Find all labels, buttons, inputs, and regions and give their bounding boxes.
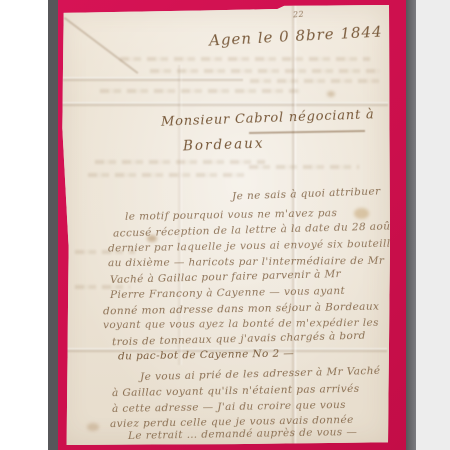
corner-note: 22: [293, 10, 305, 20]
dateline: Agen le 0 8bre 1844: [209, 22, 383, 49]
show-through-writing: [250, 79, 380, 83]
show-through-writing: [249, 165, 359, 169]
show-through-writing: [100, 89, 300, 93]
letter-sheet: 22 Agen le 0 8bre 1844 Monsieur Cabrol n…: [59, 5, 390, 445]
handwriting-line: voyant que vous ayez la bonté de m'expéd…: [103, 317, 379, 331]
page-background-right: [416, 0, 450, 450]
handwriting-line: du pac-bot de Cayenne No 2 —: [118, 347, 294, 362]
fold-crease-diagonal: [64, 17, 139, 74]
recipient-line-1: Monsieur Cabrol négociant à: [161, 107, 375, 129]
handwriting-line: donné mon adresse dans mon séjour à Bord…: [103, 301, 379, 318]
mat-shadow-right: [406, 0, 416, 450]
show-through-writing: [95, 160, 265, 164]
show-through-writing: [150, 69, 380, 73]
handwriting-line: accusé réception de la lettre à la date …: [113, 220, 395, 239]
mat-shadow-left: [48, 0, 58, 450]
handwriting-line: Pierre Francony à Cayenne — vous ayant: [110, 285, 345, 301]
handwriting-line: le motif pourquoi vous ne m'avez pas: [125, 207, 337, 223]
handwriting-line: Je vous ai prié de les adresser à Mr Vac…: [140, 365, 381, 383]
handwriting-line: à Gaillac voyant qu'ils n'étaient pas ar…: [112, 383, 360, 399]
handwriting-line: Je ne sais à quoi attribuer: [232, 185, 381, 202]
show-through-writing: [88, 173, 248, 177]
paper-stain: [87, 423, 99, 431]
paper-stain: [354, 208, 369, 219]
address-underline-flourish: [249, 130, 365, 134]
page-background-left: [0, 0, 48, 450]
handwriting-line: Vaché à Gaillac pour faire parvenir à Mr: [110, 268, 341, 286]
fold-crease-flap-edge: [62, 102, 388, 107]
recipient-line-2: Bordeaux: [183, 136, 265, 155]
handwriting-line: au dixième — haricots par l'intermédiair…: [108, 255, 384, 269]
handwriting-line: Le retrait … demandé auprès de vous —: [128, 426, 357, 442]
show-through-writing: [120, 57, 370, 61]
handwriting-line: à cette adresse — J'ai du croire que vou…: [112, 399, 346, 415]
handwriting-line: trois de tonneaux que j'avais chargés à …: [112, 330, 366, 349]
photo-of-antique-letter: 22 Agen le 0 8bre 1844 Monsieur Cabrol n…: [0, 0, 450, 450]
paper-stain: [327, 91, 335, 97]
fold-crease-horizontal-upper: [63, 77, 243, 82]
